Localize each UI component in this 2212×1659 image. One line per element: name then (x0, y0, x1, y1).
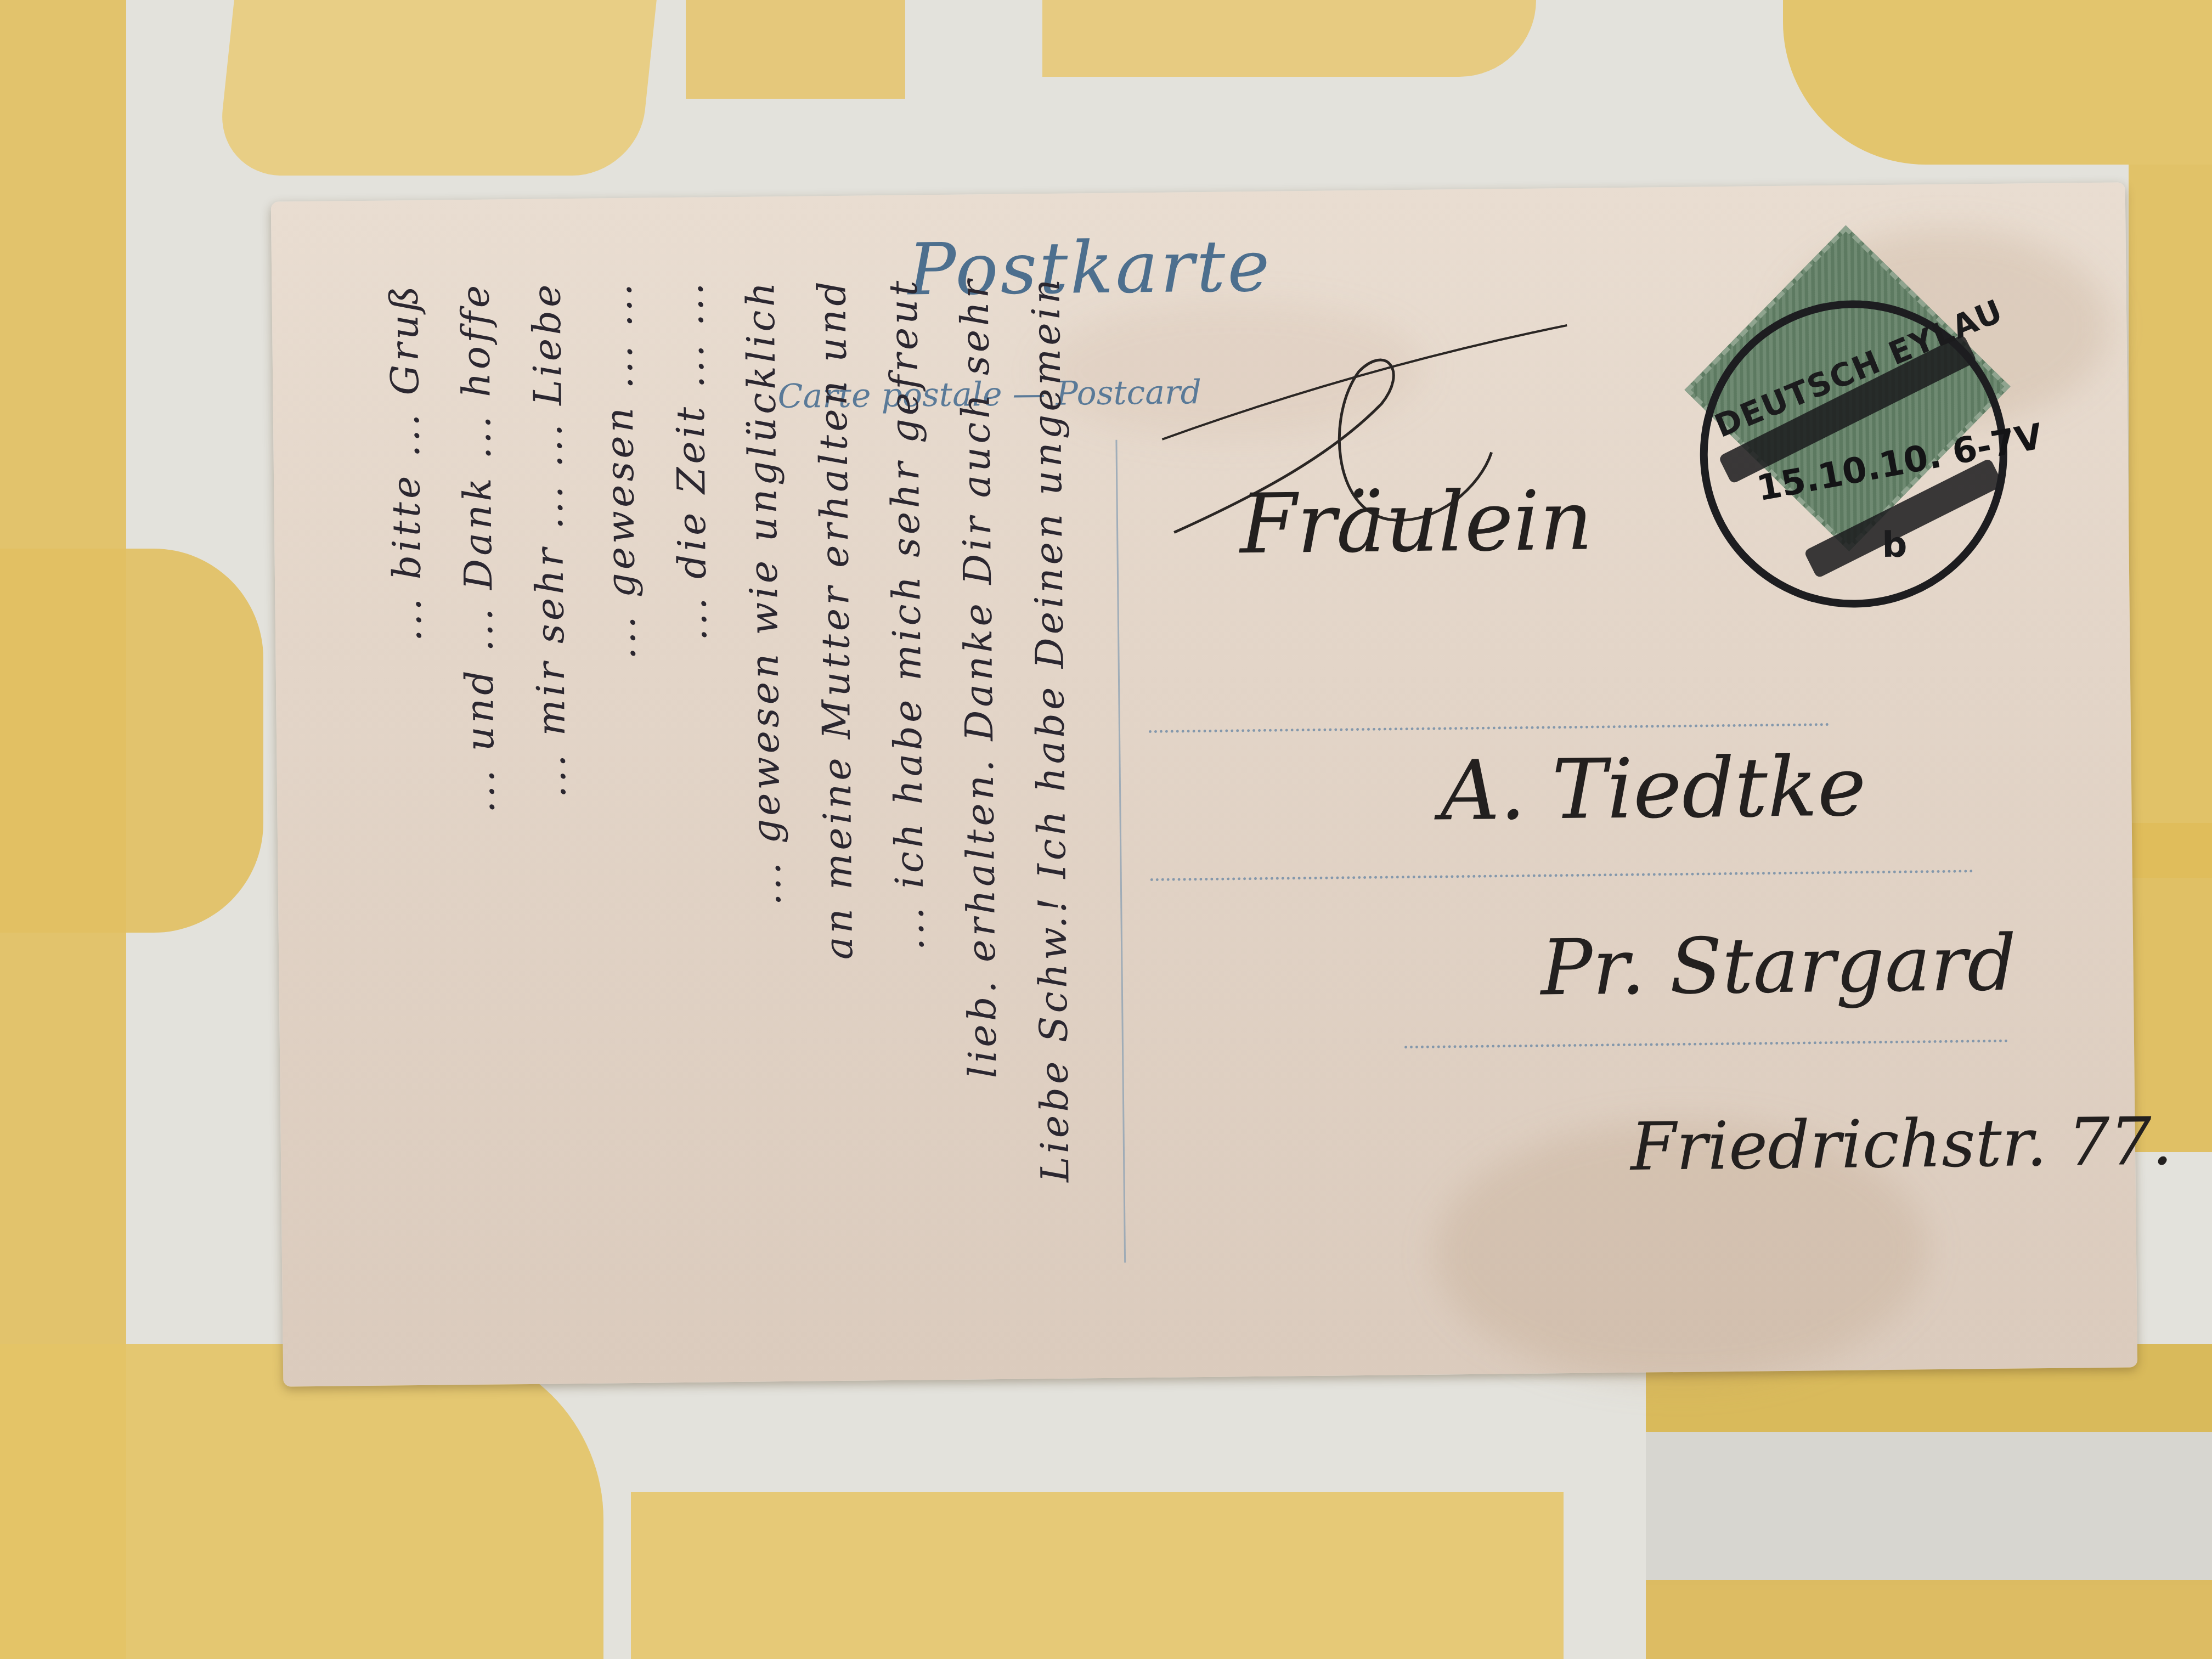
postmark-suffix: b (1882, 525, 1908, 566)
fabric-pattern (686, 0, 905, 99)
recipient-street: Friedrichstr. 77. (1630, 1104, 2173, 1186)
message-line: ... und ... Dank ... hoffe (453, 281, 503, 813)
fabric-pattern (1646, 1580, 2212, 1659)
address-line (1149, 723, 1829, 733)
photo-scene: Postkarte Carte postale — Postcard Fräul… (0, 0, 2212, 1659)
message-line: ... gewesen wie unglücklich (738, 279, 789, 906)
fabric-pattern (0, 549, 263, 933)
handwritten-message: Liebe Schw.! Ich habe Deinen ungemein li… (294, 275, 1105, 1359)
fabric-pattern (631, 1492, 1564, 1659)
message-line: ... gewesen ... ... (595, 280, 644, 660)
address-line (1404, 1040, 2008, 1049)
message-line: ... die Zeit ... ... (667, 279, 715, 641)
message-line: ... mir sehr ... ... Liebe (524, 281, 574, 798)
fabric-pattern (216, 0, 657, 176)
fabric-pattern (0, 1344, 603, 1659)
fabric-pattern (2129, 165, 2212, 878)
fabric-pattern (1783, 0, 2212, 165)
message-address-divider (1115, 440, 1126, 1263)
message-line: an meine Mutter erhalten und (809, 278, 861, 960)
address-line (1150, 870, 1973, 881)
message-line: lieb. erhalten. Danke Dir auch sehr (952, 276, 1005, 1079)
message-line: ... ich habe mich sehr gefreut (881, 277, 933, 951)
postcard: Postkarte Carte postale — Postcard Fräul… (271, 182, 2137, 1386)
recipient-city: Pr. Stargard (1541, 919, 2017, 1013)
message-line: Liebe Schw.! Ich habe Deinen ungemein (1023, 276, 1077, 1183)
fabric-pattern (1042, 0, 1536, 77)
fabric-pattern (1646, 1432, 2212, 1585)
message-line: ... bitte ... Gruß (381, 283, 430, 642)
recipient-name: A. Tiedtke (1440, 739, 1866, 839)
recipient-salutation: Fräulein (1239, 473, 1593, 573)
